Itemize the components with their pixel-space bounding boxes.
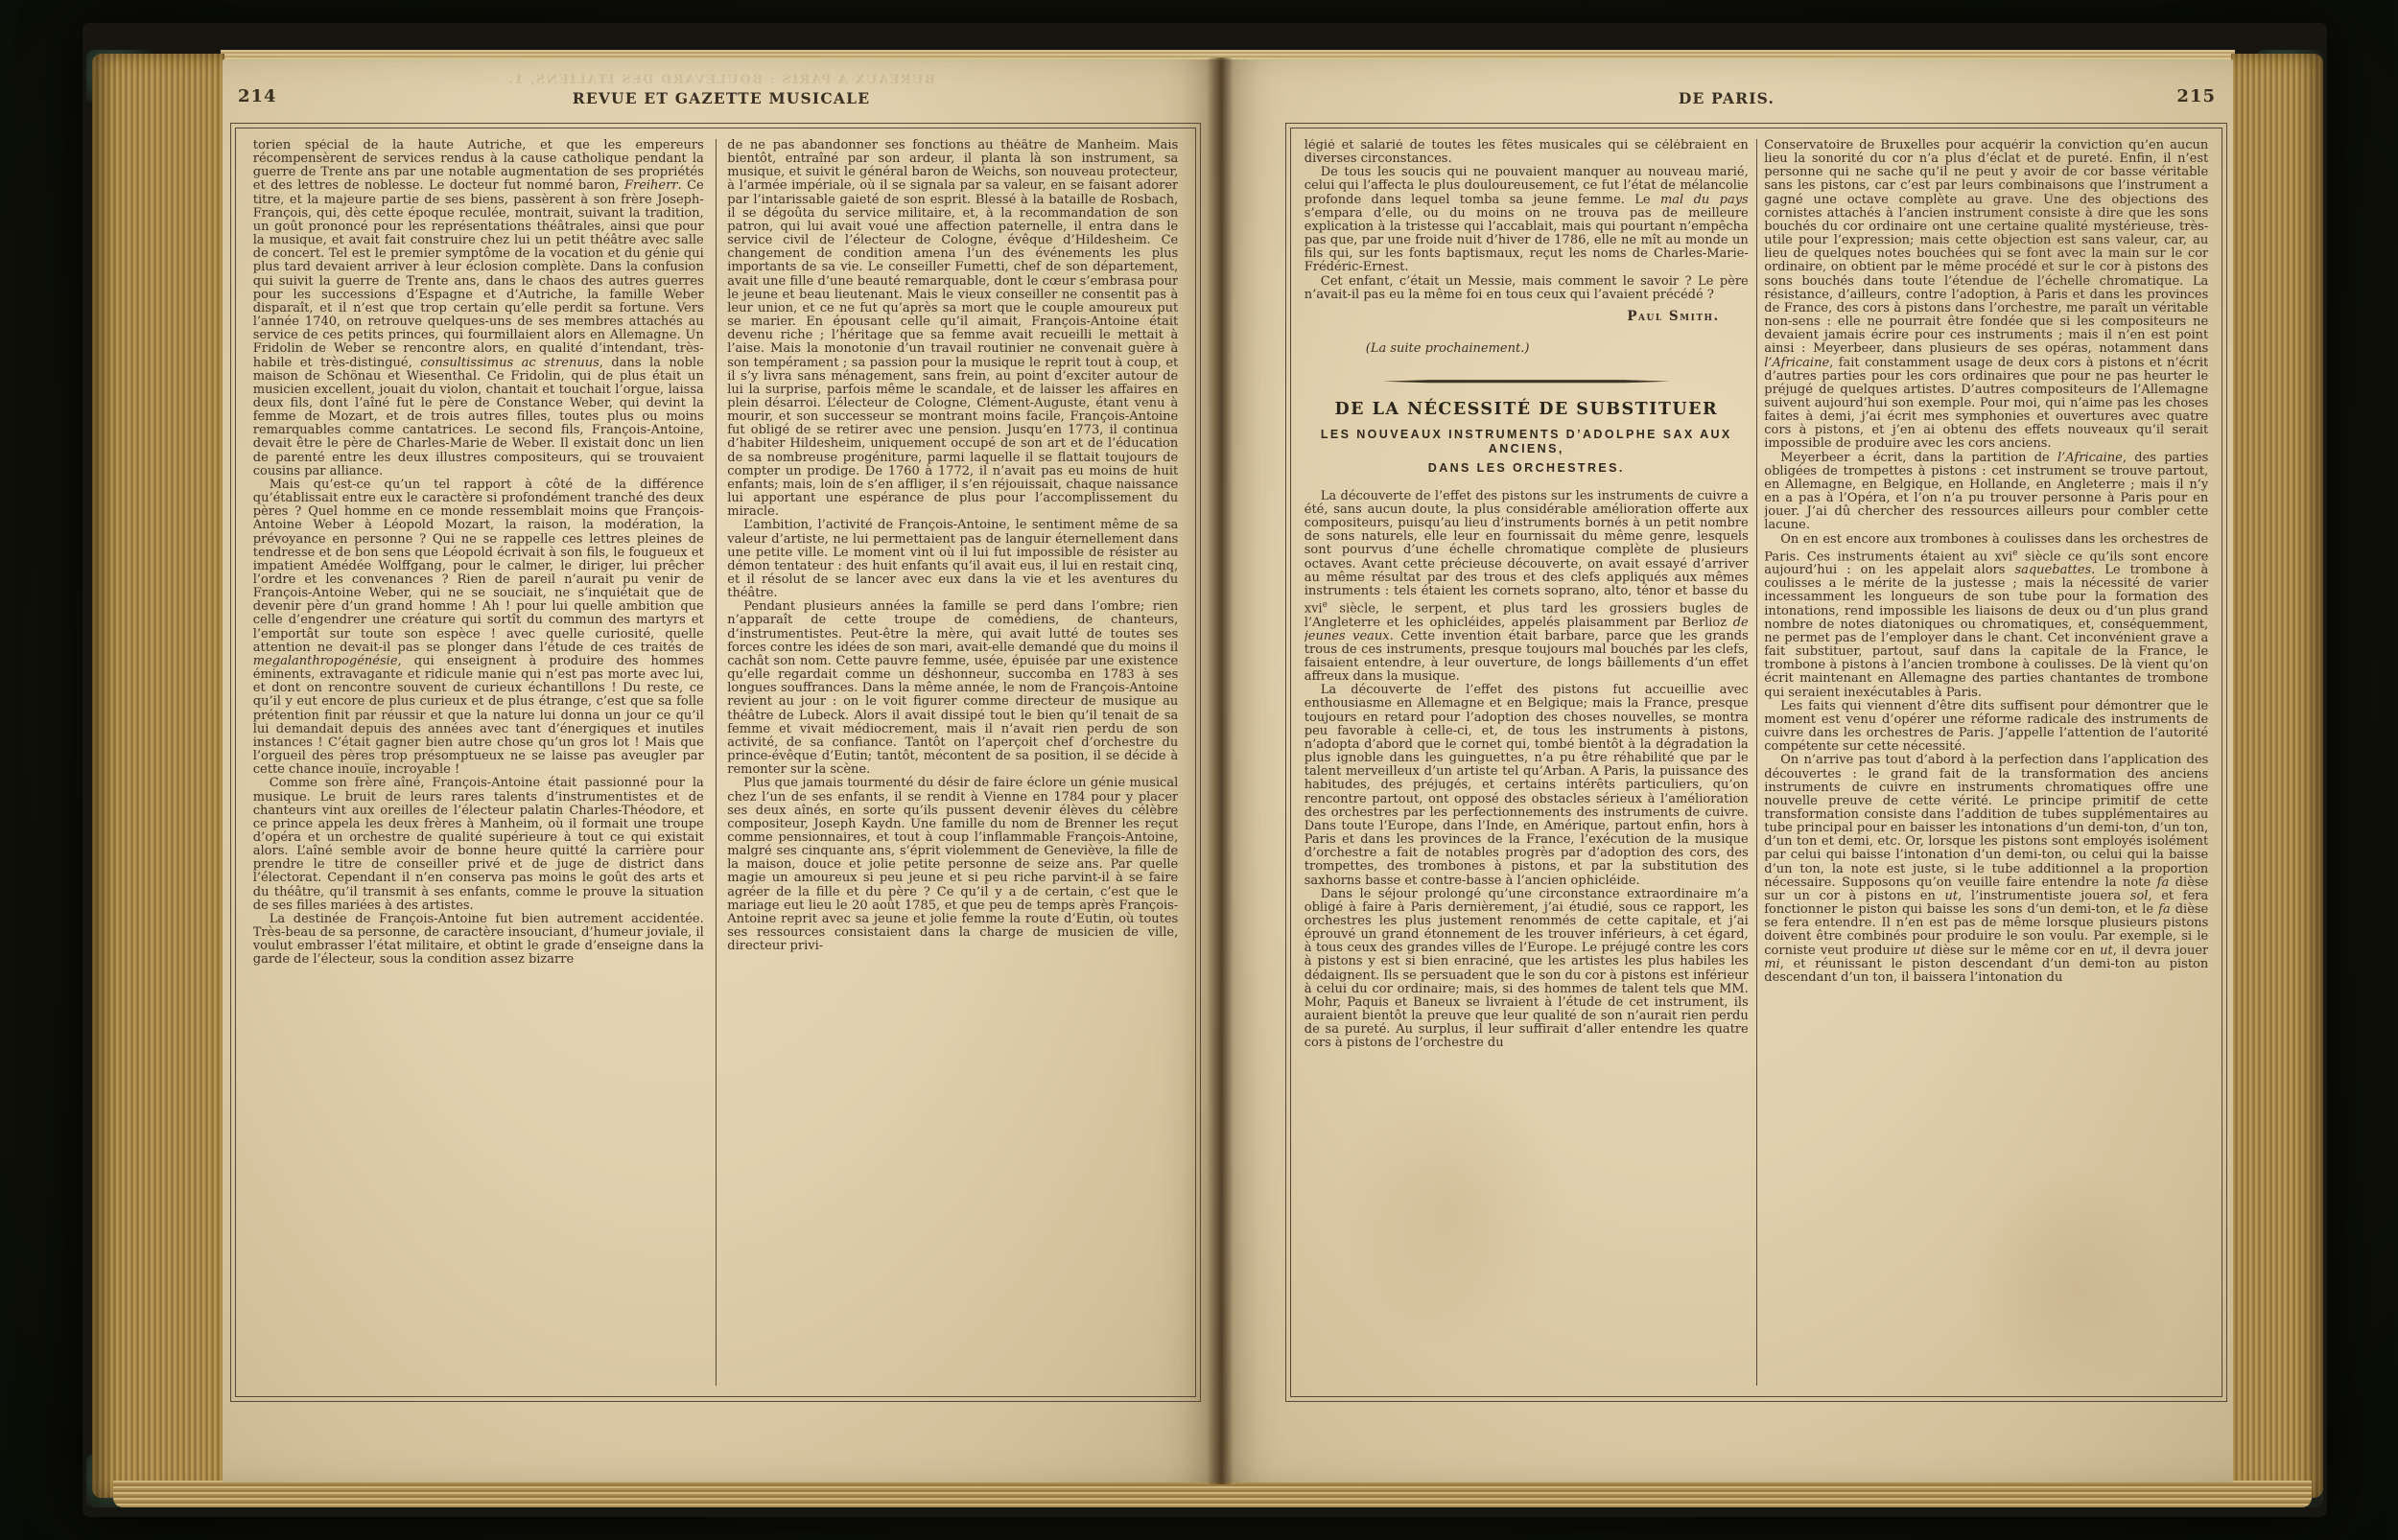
bleedthrough-text: BUREAUX A PARIS : BOULEVARD DES ITALIENS… bbox=[223, 73, 1220, 87]
article-subtitle: LES NOUVEAUX INSTRUMENTS D’ADOLPHE SAX A… bbox=[1305, 428, 1749, 455]
column-3: légié et salarié de toutes les fêtes mus… bbox=[1305, 139, 1749, 1386]
section-divider bbox=[1382, 379, 1670, 384]
paragraph: légié et salarié de toutes les fêtes mus… bbox=[1305, 139, 1749, 166]
paragraph: La découverte de l’effet des pistons sur… bbox=[1305, 490, 1749, 685]
paragraph: Les faits qui viennent d’être dits suffi… bbox=[1764, 700, 2208, 755]
column-2: de ne pas abandonner ses fonctions au th… bbox=[727, 139, 1178, 1386]
paragraph: Comme son frère aîné, François-Antoine é… bbox=[253, 777, 704, 913]
column-4: Conservatoire de Bruxelles pour acquérir… bbox=[1764, 139, 2208, 1386]
article-title: DE LA NÉCESSITÉ DE SUBSTITUER bbox=[1305, 403, 1749, 416]
paragraph: La découverte de l’effet des pistons fut… bbox=[1305, 684, 1749, 887]
running-title-right: DE PARIS. bbox=[1220, 89, 2233, 107]
page-edges-right bbox=[2231, 54, 2323, 1498]
paragraph: L’ambition, l’activité de François-Antoi… bbox=[727, 519, 1178, 600]
text-frame: légié et salarié de toutes les fêtes mus… bbox=[1285, 123, 2227, 1402]
author-signature: Paul Smith. bbox=[1305, 310, 1749, 323]
photograph-of-open-journal: { "journal": { "left_running_title": "RE… bbox=[0, 0, 2398, 1540]
page-edges-bottom bbox=[113, 1481, 2312, 1507]
paragraph: On n’arrive pas tout d’abord à la perfec… bbox=[1764, 754, 2208, 985]
paragraph: Conservatoire de Bruxelles pour acquérir… bbox=[1764, 139, 2208, 452]
paragraph: Meyerbeer a écrit, dans la partition de … bbox=[1764, 452, 2208, 533]
paragraph: Dans le séjour prolongé qu’une circonsta… bbox=[1305, 888, 1749, 1051]
running-title-left: REVUE ET GAZETTE MUSICALE bbox=[223, 89, 1220, 107]
right-page: DE PARIS. 215 légié et salarié de toutes… bbox=[1220, 59, 2233, 1482]
continuation-note: (La suite prochainement.) bbox=[1305, 342, 1749, 356]
left-running-head: 214 REVUE ET GAZETTE MUSICALE bbox=[223, 86, 1220, 119]
paragraph: Cet enfant, c’était un Messie, mais comm… bbox=[1305, 275, 1749, 302]
text-frame-inner-rule: torien spécial de la haute Autriche, et … bbox=[235, 128, 1196, 1397]
page-edges-left bbox=[92, 54, 224, 1498]
paragraph: Mais qu’est-ce qu’un tel rapport à côté … bbox=[253, 478, 704, 777]
text-frame: torien spécial de la haute Autriche, et … bbox=[230, 123, 1201, 1402]
paragraph: La destinée de François-Antoine fut bien… bbox=[253, 913, 704, 968]
left-page: BUREAUX A PARIS : BOULEVARD DES ITALIENS… bbox=[223, 59, 1220, 1482]
paragraph: torien spécial de la haute Autriche, et … bbox=[253, 139, 704, 478]
paragraph: Plus que jamais tourmenté du désir de fa… bbox=[727, 777, 1178, 953]
paragraph: On en est encore aux trombones à couliss… bbox=[1764, 533, 2208, 700]
book-gutter-shadow bbox=[1207, 58, 1234, 1484]
column-1: torien spécial de la haute Autriche, et … bbox=[253, 139, 704, 1386]
paragraph: De tous les soucis qui ne pouvaient manq… bbox=[1305, 166, 1749, 274]
paragraph: Pendant plusieurs années la famille se p… bbox=[727, 600, 1178, 777]
paragraph: de ne pas abandonner ses fonctions au th… bbox=[727, 139, 1178, 519]
right-running-head: DE PARIS. 215 bbox=[1220, 86, 2233, 119]
article-subtitle: DANS LES ORCHESTRES. bbox=[1305, 461, 1749, 475]
text-frame-inner-rule: légié et salarié de toutes les fêtes mus… bbox=[1290, 128, 2222, 1397]
page-number-right: 215 bbox=[2176, 86, 2216, 106]
